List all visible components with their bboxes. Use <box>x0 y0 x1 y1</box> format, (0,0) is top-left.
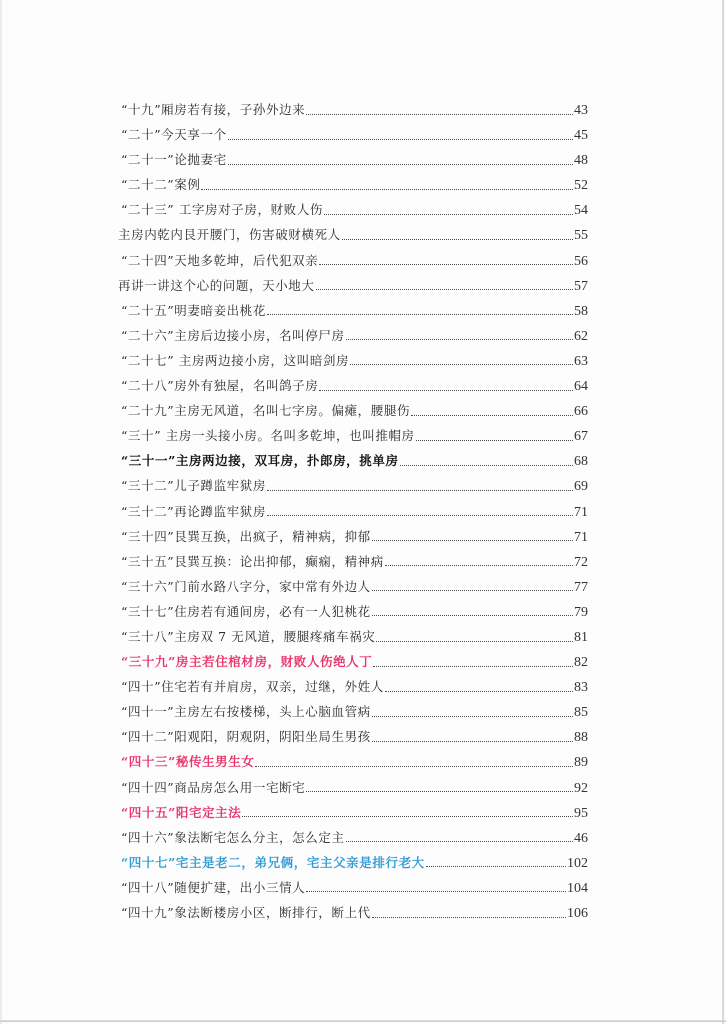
toc-entry-page-number: 55 <box>574 223 588 248</box>
toc-entry-title: “三十四”艮巽互换，出疯子，精神病，抑郁 <box>118 524 371 549</box>
toc-entry[interactable]: “四十一”主房左右按楼梯，头上心脑血管病 85 <box>118 699 588 724</box>
toc-entry-page-number: 58 <box>574 299 588 324</box>
toc-entry-page-number: 82 <box>574 650 588 675</box>
toc-entry-title: “二十”今天享一个 <box>118 122 227 147</box>
dot-leader <box>242 815 573 817</box>
dot-leader <box>342 238 573 240</box>
toc-entry[interactable]: 主房内乾内艮开腰门，伤害破财横死人 55 <box>118 222 588 247</box>
toc-entry-page-number: 56 <box>574 249 588 274</box>
dot-leader <box>316 288 573 290</box>
dot-leader <box>228 138 573 140</box>
toc-entry-title: “四十八”随便扩建，出小三情人 <box>118 875 305 900</box>
toc-entry-title: “四十二”阳观阳，阴观阴，阴阳坐局生男孩 <box>118 724 371 749</box>
toc-entry-page-number: 72 <box>574 550 588 575</box>
dot-leader <box>267 514 573 516</box>
toc-entry[interactable]: “二十八”房外有独屋，名叫鸽子房 64 <box>118 373 588 398</box>
dot-leader <box>426 865 566 867</box>
toc-entry[interactable]: “三十一”主房两边接，双耳房，扑郎房，挑单房 68 <box>118 448 588 473</box>
toc-entry-page-number: 54 <box>574 198 588 223</box>
toc-entry[interactable]: “三十六”门前水路八字分，家中常有外边人 77 <box>118 574 588 599</box>
toc-entry[interactable]: “四十二”阳观阳，阴观阴，阴阳坐局生男孩 88 <box>118 724 588 749</box>
toc-entry[interactable]: “二十九”主房无风道，名叫七字房。偏瘫，腰腿伤 66 <box>118 398 588 423</box>
dot-leader <box>255 765 573 767</box>
toc-entry[interactable]: “二十四”天地多乾坤，后代犯双亲 56 <box>118 248 588 273</box>
dot-leader <box>346 338 573 340</box>
toc-entry-page-number: 46 <box>574 826 588 851</box>
dot-leader <box>319 263 573 265</box>
toc-entry-title: “二十五”明妻暗妾出桃花 <box>118 298 266 323</box>
dot-leader <box>201 188 573 190</box>
toc-entry[interactable]: “四十七”宅主是老二，弟兄俩，宅主父亲是排行老大 102 <box>118 850 588 875</box>
toc-entry-title: “十九”厢房若有接，子孙外边来 <box>118 97 305 122</box>
toc-entry-title: “四十七”宅主是老二，弟兄俩，宅主父亲是排行老大 <box>118 850 425 875</box>
toc-entry[interactable]: “三十七”住房若有通间房，必有一人犯桃花 79 <box>118 599 588 624</box>
dot-leader <box>372 715 573 717</box>
toc-entry-title: “三十五”艮巽互换：论出抑郁，癫痫，精神病 <box>118 549 384 574</box>
toc-entry-page-number: 63 <box>574 349 588 374</box>
toc-entry[interactable]: “四十八”随便扩建，出小三情人 104 <box>118 875 588 900</box>
toc-entry-title: “二十二”案例 <box>118 172 200 197</box>
toc-entry[interactable]: “二十六”主房后边接小房，名叫停尸房 62 <box>118 323 588 348</box>
toc-entry-title: “二十七” 主房两边接小房，这叫暗剑房 <box>118 348 349 373</box>
toc-entry-page-number: 81 <box>574 625 588 650</box>
dot-leader <box>267 489 573 491</box>
document-page: “十九”厢房若有接，子孙外边来 43 “二十”今天享一个 45 “二十一”论抛妻… <box>0 0 726 1024</box>
toc-entry-page-number: 52 <box>574 173 588 198</box>
toc-entry[interactable]: “三十二”再论蹲监牢狱房 71 <box>118 499 588 524</box>
page-edge-right <box>722 0 724 1024</box>
toc-entry-page-number: 95 <box>574 801 588 826</box>
toc-entry-page-number: 69 <box>574 474 588 499</box>
toc-entry-title: “二十八”房外有独屋，名叫鸽子房 <box>118 373 318 398</box>
toc-entry[interactable]: “三十八”主房双 7 无风道，腰腿疼痛车祸灾 81 <box>118 624 588 649</box>
dot-leader <box>385 564 573 566</box>
toc-entry-page-number: 71 <box>574 525 588 550</box>
dot-leader <box>411 414 573 416</box>
toc-entry-title: “四十五”阳宅定主法 <box>118 800 241 825</box>
toc-entry-title: “三十九”房主若住棺材房，财败人伤绝人丁 <box>118 649 372 674</box>
toc-entry-page-number: 79 <box>574 600 588 625</box>
toc-entry-page-number: 83 <box>574 675 588 700</box>
toc-entry-title: “四十四”商品房怎么用一宅断宅 <box>118 775 305 800</box>
toc-entry-title: “三十二”儿子蹲监牢狱房 <box>118 473 266 498</box>
toc-entry[interactable]: “三十” 主房一头接小房。名叫多乾坤，也叫推帽房 67 <box>118 423 588 448</box>
dot-leader <box>267 313 573 315</box>
toc-entry-page-number: 85 <box>574 700 588 725</box>
toc-entry-page-number: 71 <box>574 500 588 525</box>
toc-entry[interactable]: “四十六”象法断宅怎么分主，怎么定主 46 <box>118 825 588 850</box>
toc-entry-title: “四十”住宅若有并肩房，双亲，过继，外姓人 <box>118 674 384 699</box>
toc-entry-title: “二十四”天地多乾坤，后代犯双亲 <box>118 248 318 273</box>
toc-entry[interactable]: “四十三”秘传生男生女 89 <box>118 749 588 774</box>
table-of-contents: “十九”厢房若有接，子孙外边来 43 “二十”今天享一个 45 “二十一”论抛妻… <box>118 97 588 925</box>
page-edge-bottom <box>0 1020 726 1022</box>
toc-entry[interactable]: “二十五”明妻暗妾出桃花 58 <box>118 298 588 323</box>
toc-entry-title: “四十六”象法断宅怎么分主，怎么定主 <box>118 825 345 850</box>
toc-entry[interactable]: “三十九”房主若住棺材房，财败人伤绝人丁 82 <box>118 649 588 674</box>
dot-leader <box>350 363 573 365</box>
toc-entry-page-number: 106 <box>567 901 588 926</box>
toc-entry[interactable]: “三十二”儿子蹲监牢狱房 69 <box>118 473 588 498</box>
dot-leader <box>306 890 566 892</box>
dot-leader <box>376 640 573 642</box>
toc-entry[interactable]: “二十二”案例 52 <box>118 172 588 197</box>
dot-leader <box>346 840 573 842</box>
dot-leader <box>373 665 573 667</box>
toc-entry-title: “二十六”主房后边接小房，名叫停尸房 <box>118 323 345 348</box>
dot-leader <box>372 916 566 918</box>
toc-entry-title: “三十二”再论蹲监牢狱房 <box>118 499 266 524</box>
toc-entry[interactable]: “十九”厢房若有接，子孙外边来 43 <box>118 97 588 122</box>
toc-entry-page-number: 45 <box>574 123 588 148</box>
toc-entry[interactable]: “二十”今天享一个 45 <box>118 122 588 147</box>
toc-entry[interactable]: 再讲一讲这个心的问题，天小地大 57 <box>118 273 588 298</box>
toc-entry-title: “二十一”论抛妻宅 <box>118 147 227 172</box>
toc-entry-page-number: 66 <box>574 399 588 424</box>
toc-entry-title: “二十三” 工字房对子房，财败人伤 <box>118 197 323 222</box>
toc-entry-page-number: 64 <box>574 374 588 399</box>
toc-entry-page-number: 89 <box>574 750 588 775</box>
dot-leader <box>400 464 573 466</box>
toc-entry-page-number: 104 <box>567 876 588 901</box>
toc-entry-page-number: 67 <box>574 424 588 449</box>
dot-leader <box>319 389 573 391</box>
page-edge-left <box>0 0 2 1024</box>
toc-entry[interactable]: “二十三” 工字房对子房，财败人伤 54 <box>118 197 588 222</box>
toc-entry-title: “三十七”住房若有通间房，必有一人犯桃花 <box>118 599 371 624</box>
toc-entry-title: “四十九”象法断楼房小区，断排行，断上代 <box>118 900 371 925</box>
toc-entry-page-number: 68 <box>574 449 588 474</box>
toc-entry-page-number: 62 <box>574 324 588 349</box>
toc-entry[interactable]: “三十四”艮巽互换，出疯子，精神病，抑郁 71 <box>118 524 588 549</box>
dot-leader <box>372 740 573 742</box>
toc-entry-page-number: 77 <box>574 575 588 600</box>
toc-entry[interactable]: “二十一”论抛妻宅 48 <box>118 147 588 172</box>
toc-entry-page-number: 48 <box>574 148 588 173</box>
toc-entry-page-number: 88 <box>574 725 588 750</box>
dot-leader <box>306 790 573 792</box>
toc-entry[interactable]: “四十四”商品房怎么用一宅断宅 92 <box>118 775 588 800</box>
toc-entry-title: “四十一”主房左右按楼梯，头上心脑血管病 <box>118 699 371 724</box>
dot-leader <box>416 439 573 441</box>
dot-leader <box>324 213 573 215</box>
toc-entry-title: 主房内乾内艮开腰门，伤害破财横死人 <box>118 222 341 247</box>
dot-leader <box>385 690 573 692</box>
toc-entry-title: 再讲一讲这个心的问题，天小地大 <box>118 273 315 298</box>
dot-leader <box>228 163 573 165</box>
toc-entry[interactable]: “二十七” 主房两边接小房，这叫暗剑房 63 <box>118 348 588 373</box>
toc-entry-title: “三十六”门前水路八字分，家中常有外边人 <box>118 574 371 599</box>
toc-entry-page-number: 102 <box>567 851 588 876</box>
toc-entry[interactable]: “三十五”艮巽互换：论出抑郁，癫痫，精神病 72 <box>118 549 588 574</box>
toc-entry-title: “三十一”主房两边接，双耳房，扑郎房，挑单房 <box>118 448 399 473</box>
toc-entry-title: “三十八”主房双 7 无风道，腰腿疼痛车祸灾 <box>118 624 375 649</box>
toc-entry-title: “二十九”主房无风道，名叫七字房。偏瘫，腰腿伤 <box>118 398 410 423</box>
toc-entry-title: “四十三”秘传生男生女 <box>118 749 254 774</box>
dot-leader <box>306 113 573 115</box>
dot-leader <box>372 614 573 616</box>
dot-leader <box>372 589 573 591</box>
toc-entry-page-number: 57 <box>574 274 588 299</box>
toc-entry[interactable]: “四十五”阳宅定主法 95 <box>118 800 588 825</box>
toc-entry-title: “三十” 主房一头接小房。名叫多乾坤，也叫推帽房 <box>118 423 415 448</box>
toc-entry[interactable]: “四十九”象法断楼房小区，断排行，断上代 106 <box>118 900 588 925</box>
toc-entry-page-number: 43 <box>574 98 588 123</box>
dot-leader <box>372 539 573 541</box>
toc-entry[interactable]: “四十”住宅若有并肩房，双亲，过继，外姓人 83 <box>118 674 588 699</box>
toc-entry-page-number: 92 <box>574 776 588 801</box>
